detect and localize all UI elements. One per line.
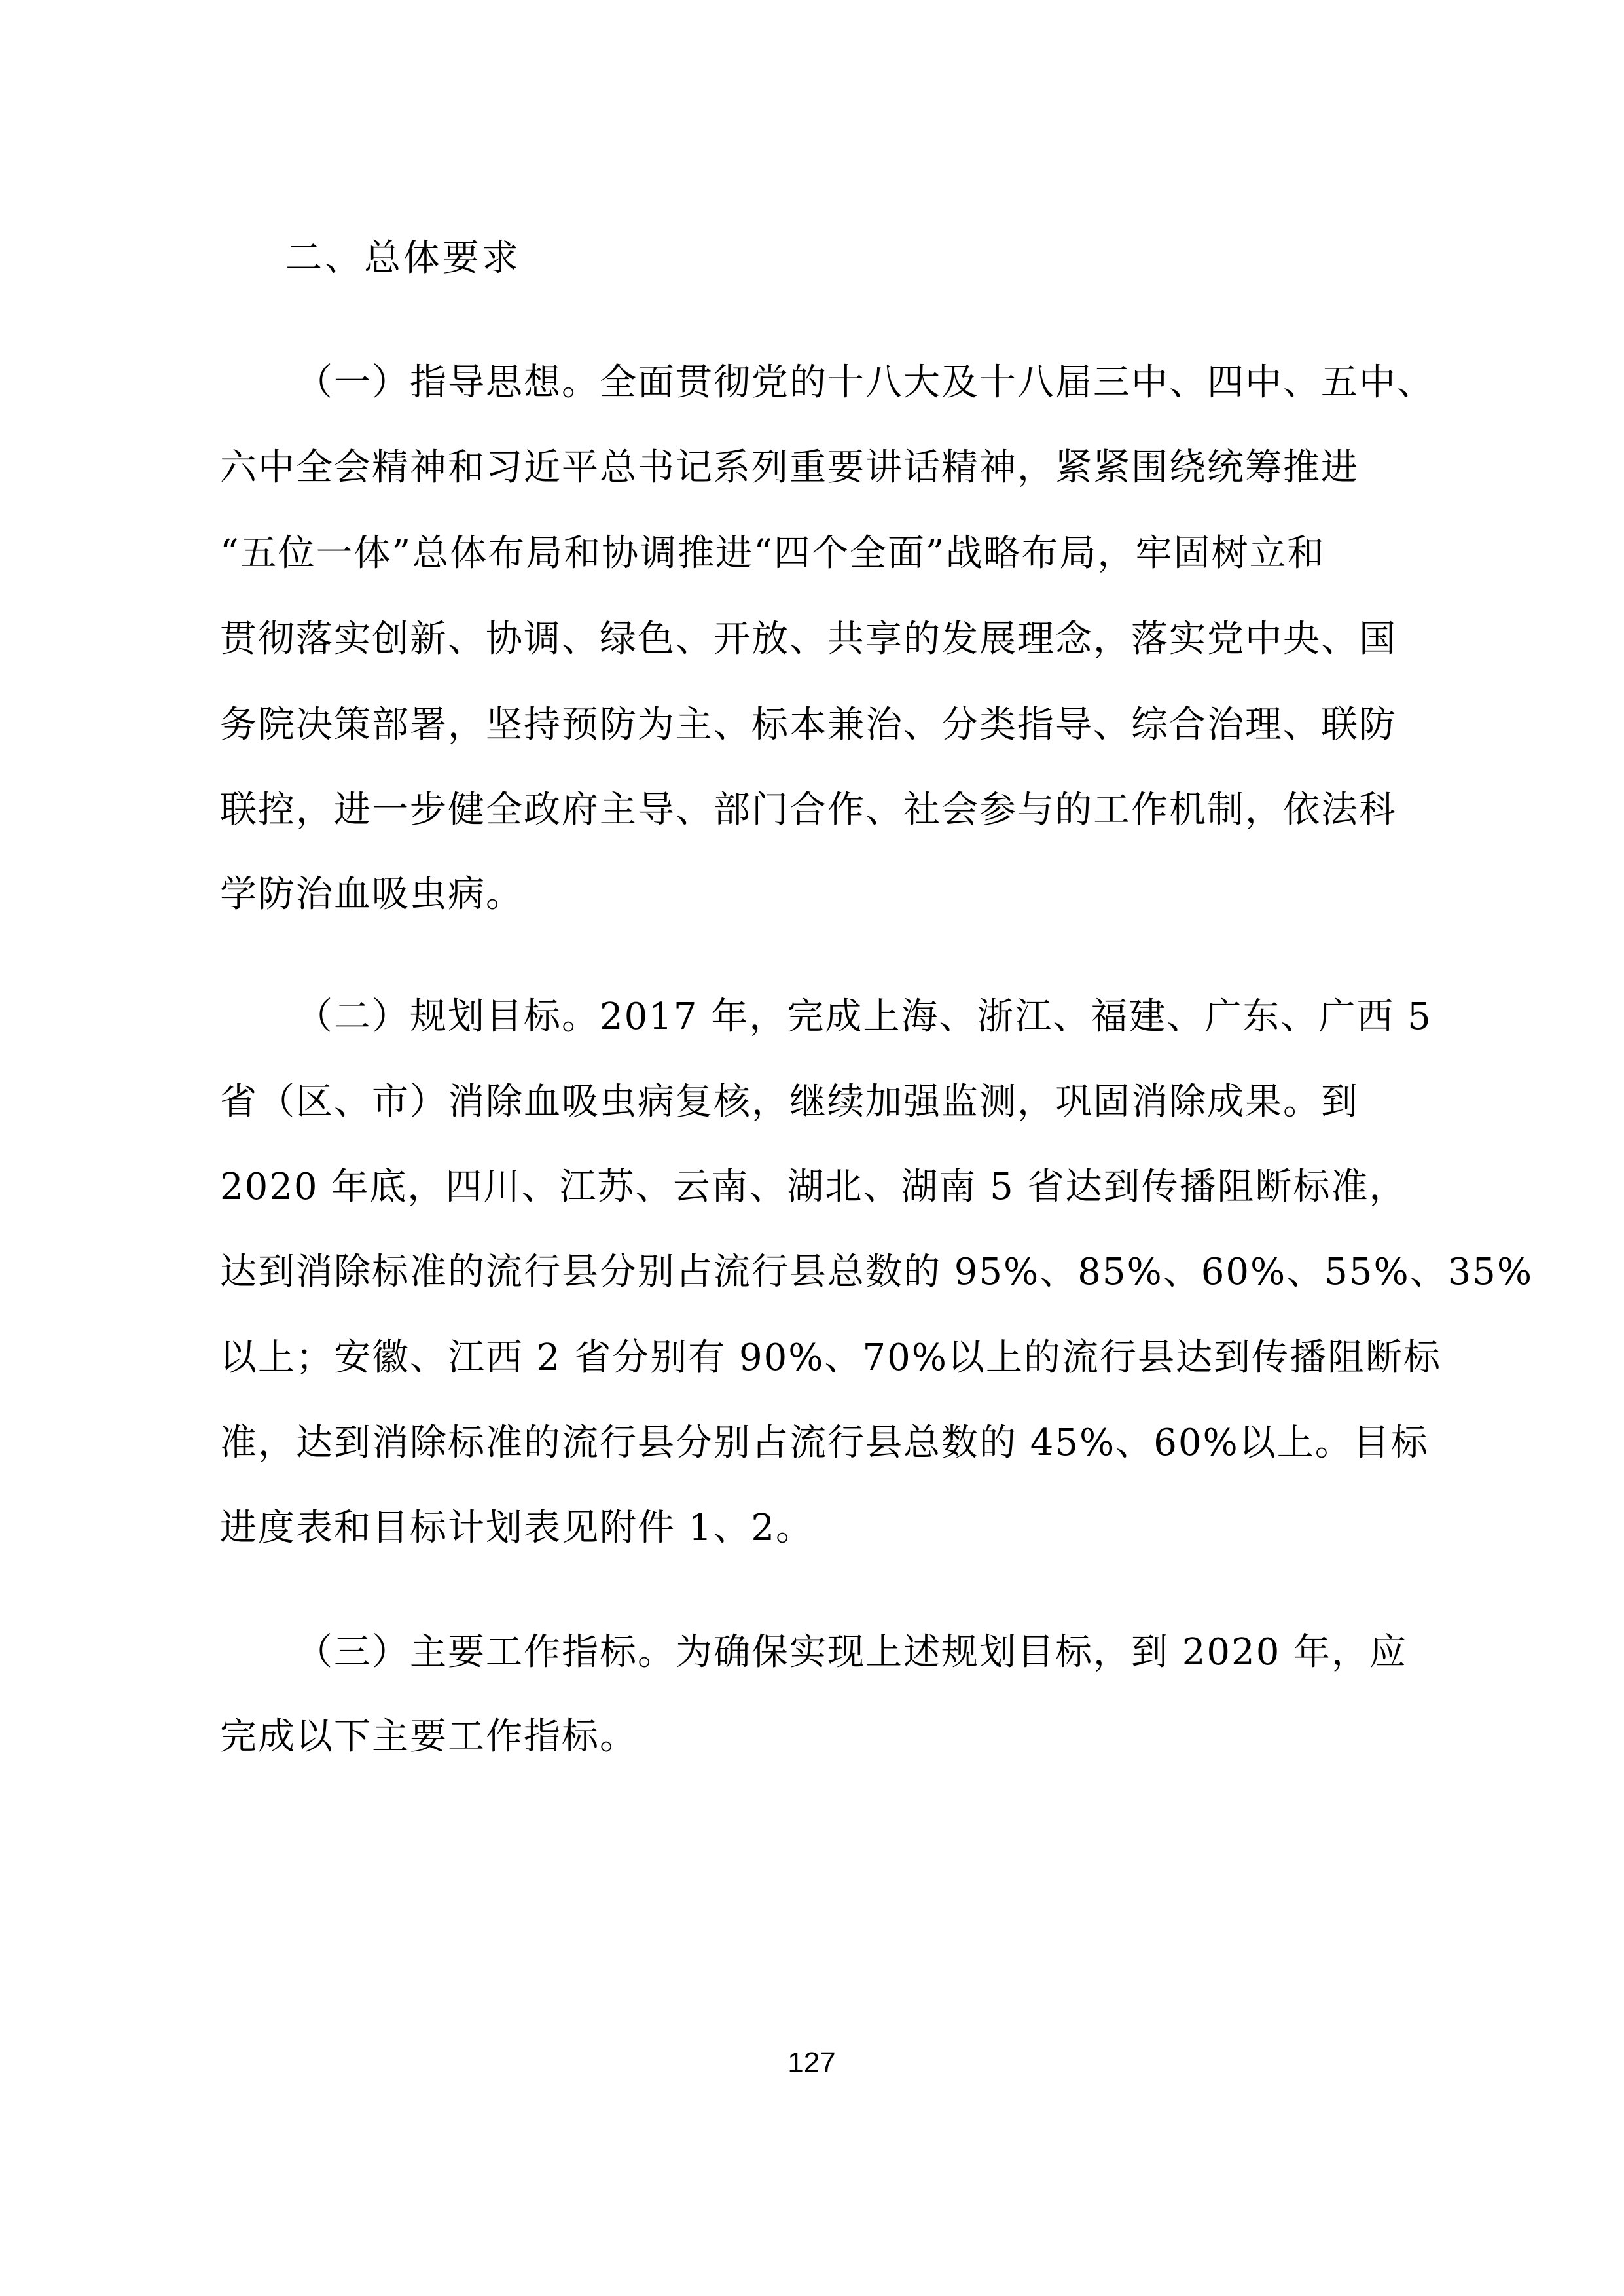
paragraph-line: 进度表和目标计划表见附件 1、2。 bbox=[220, 1507, 814, 1550]
paragraph-line: （二）规划目标。2017 年，完成上海、浙江、福建、广东、广西 5 bbox=[296, 996, 1432, 1039]
paragraph-line: 达到消除标准的流行县分别占流行县总数的 95%、85%、60%、55%、35% bbox=[220, 1251, 1533, 1294]
paragraph-line: 联控，进一步健全政府主导、部门合作、社会参与的工作机制，依法科 bbox=[220, 789, 1397, 832]
paragraph-line: 2020 年底，四川、江苏、云南、湖北、湖南 5 省达到传播阻断标准， bbox=[220, 1166, 1407, 1209]
paragraph-line: 六中全会精神和习近平总书记系列重要讲话精神，紧紧围绕统筹推进 bbox=[220, 446, 1359, 490]
paragraph-line: 准，达到消除标准的流行县分别占流行县总数的 45%、60%以上。目标 bbox=[220, 1422, 1429, 1465]
paragraph-line: 省（区、市）消除血吸虫病复核，继续加强监测，巩固消除成果。到 bbox=[220, 1081, 1359, 1124]
paragraph-line: 务院决策部署，坚持预防为主、标本兼治、分类指导、综合治理、联防 bbox=[220, 704, 1397, 747]
paragraph-line: 以上；安徽、江西 2 省分别有 90%、70%以上的流行县达到传播阻断标 bbox=[220, 1336, 1441, 1380]
paragraph-line: 学防治血吸虫病。 bbox=[220, 873, 524, 916]
page-number: 127 bbox=[746, 2047, 877, 2079]
paragraph-line: （一）指导思想。全面贯彻党的十八大及十八届三中、四中、五中、 bbox=[296, 361, 1435, 404]
paragraph-line: （三）主要工作指标。为确保实现上述规划目标，到 2020 年，应 bbox=[296, 1631, 1407, 1674]
paragraph-line: 贯彻落实创新、协调、绿色、开放、共享的发展理念，落实党中央、国 bbox=[220, 618, 1397, 661]
document-page: 二、总体要求 （一）指导思想。全面贯彻党的十八大及十八届三中、四中、五中、 六中… bbox=[0, 0, 1624, 2296]
section-heading: 二、总体要求 bbox=[285, 237, 521, 280]
paragraph-line: 完成以下主要工作指标。 bbox=[220, 1715, 638, 1759]
paragraph-line: “五位一体”总体布局和协调推进“四个全面”战略布局，牢固树立和 bbox=[220, 532, 1326, 575]
